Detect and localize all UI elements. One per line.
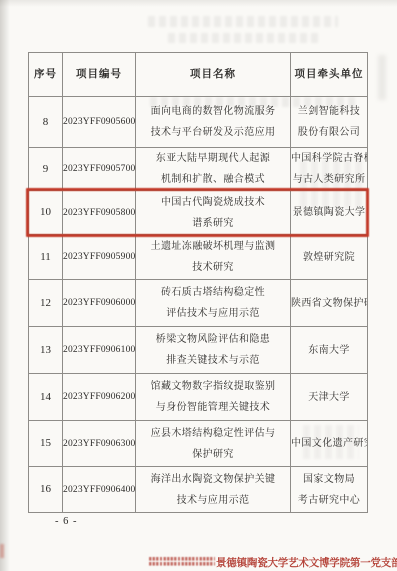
lead-org-cell: 中国文化遗产研究院 [291, 421, 368, 467]
serial-cell: 13 [29, 327, 63, 374]
project-name-cell: 面向电商的数智化物流服务技术与平台研发及示范应用 [136, 97, 291, 148]
project-name-cell: 应县木塔结构稳定性评估与保护研究 [136, 421, 291, 467]
scanned-document-page: 序号 项目编号 项目名称 项目牵头单位 8 2023YFF0905600 面向电… [0, 0, 397, 571]
table-row-12: 12 2023YFF0906000 砖石质古塔结构稳定性评估技术与应用示范 陕西… [29, 280, 368, 327]
project-code-cell: 2023YFF0906000 [63, 280, 136, 327]
project-name-cell: 砖石质古塔结构稳定性评估技术与应用示范 [136, 280, 291, 327]
table-header-row: 序号 项目编号 项目名称 项目牵头单位 [29, 53, 368, 97]
table-row-13: 13 2023YFF0906100 桥梁文物风险评估和隐患排查关键技术与示范 东… [29, 327, 368, 374]
serial-cell: 11 [29, 235, 63, 280]
project-code-cell: 2023YFF0906100 [63, 327, 136, 374]
table-row-11: 11 2023YFF0905900 土遗址冻融破坏机理与监测技术研究 敦煌研究院 [29, 235, 368, 280]
bleed-through-artifact [168, 33, 318, 43]
project-name-cell: 土遗址冻融破坏机理与监测技术研究 [136, 235, 291, 280]
project-name-cell: 海洋出水陶瓷文物保护关键技术与应用示范 [136, 467, 291, 513]
serial-cell: 8 [29, 97, 63, 148]
project-table: 序号 项目编号 项目名称 项目牵头单位 8 2023YFF0905600 面向电… [28, 52, 368, 513]
project-name-cell: 东亚大陆早期现代人起源机制和扩散、融合模式 [136, 148, 291, 191]
table-row-9: 9 2023YFF0905700 东亚大陆早期现代人起源机制和扩散、融合模式 中… [29, 148, 368, 191]
project-code-cell: 2023YFF0905600 [63, 97, 136, 148]
serial-cell: 16 [29, 467, 63, 513]
table-row-8: 8 2023YFF0905600 面向电商的数智化物流服务技术与平台研发及示范应… [29, 97, 368, 148]
page-edge-shading-left [0, 0, 10, 571]
lead-org-cell: 兰剑智能科技股份有限公司 [291, 97, 368, 148]
project-code-cell: 2023YFF0906200 [63, 374, 136, 421]
table-row-16: 16 2023YFF0906400 海洋出水陶瓷文物保护关键技术与应用示范 国家… [29, 467, 368, 513]
lead-org-cell: 中国科学院古脊椎动物与古人类研究所 [291, 148, 368, 191]
serial-cell: 9 [29, 148, 63, 191]
bleed-through-artifact [148, 16, 338, 27]
project-name-cell: 馆藏文物数字指纹提取鉴别与身份智能管理关键技术 [136, 374, 291, 421]
bleed-through-artifact [378, 55, 386, 100]
red-edge-smudge [0, 544, 4, 558]
serial-cell: 12 [29, 280, 63, 327]
lead-org-cell: 天津大学 [291, 374, 368, 421]
header-lead-org: 项目牵头单位 [291, 53, 368, 97]
serial-cell: 14 [29, 374, 63, 421]
serial-cell: 15 [29, 421, 63, 467]
lead-org-cell: 陕西省文物保护研究院 [291, 280, 368, 327]
header-serial: 序号 [29, 53, 63, 97]
project-name-cell: 桥梁文物风险评估和隐患排查关键技术与示范 [136, 327, 291, 374]
page-edge-shading-top [0, 0, 397, 7]
header-project-name: 项目名称 [136, 53, 291, 97]
table-row-14: 14 2023YFF0906200 馆藏文物数字指纹提取鉴别与身份智能管理关键技… [29, 374, 368, 421]
project-code-cell: 2023YFF0905700 [63, 148, 136, 191]
header-project-code: 项目编号 [63, 53, 136, 97]
project-code-cell: 2023YFF0906400 [63, 467, 136, 513]
lead-org-cell: 敦煌研究院 [291, 235, 368, 280]
red-highlight-box [26, 188, 369, 237]
micro-red-text [149, 557, 215, 566]
page-number: - 6 - [55, 516, 78, 527]
project-code-cell: 2023YFF0906300 [63, 421, 136, 467]
lead-org-cell: 国家文物局考古研究中心 [291, 467, 368, 513]
lead-org-cell: 东南大学 [291, 327, 368, 374]
table-row-15: 15 2023YFF0906300 应县木塔结构稳定性评估与保护研究 中国文化遗… [29, 421, 368, 467]
footer-red-stamp: 景德镇陶瓷大学艺术文博学院第一党支部 [216, 555, 397, 570]
project-code-cell: 2023YFF0905900 [63, 235, 136, 280]
